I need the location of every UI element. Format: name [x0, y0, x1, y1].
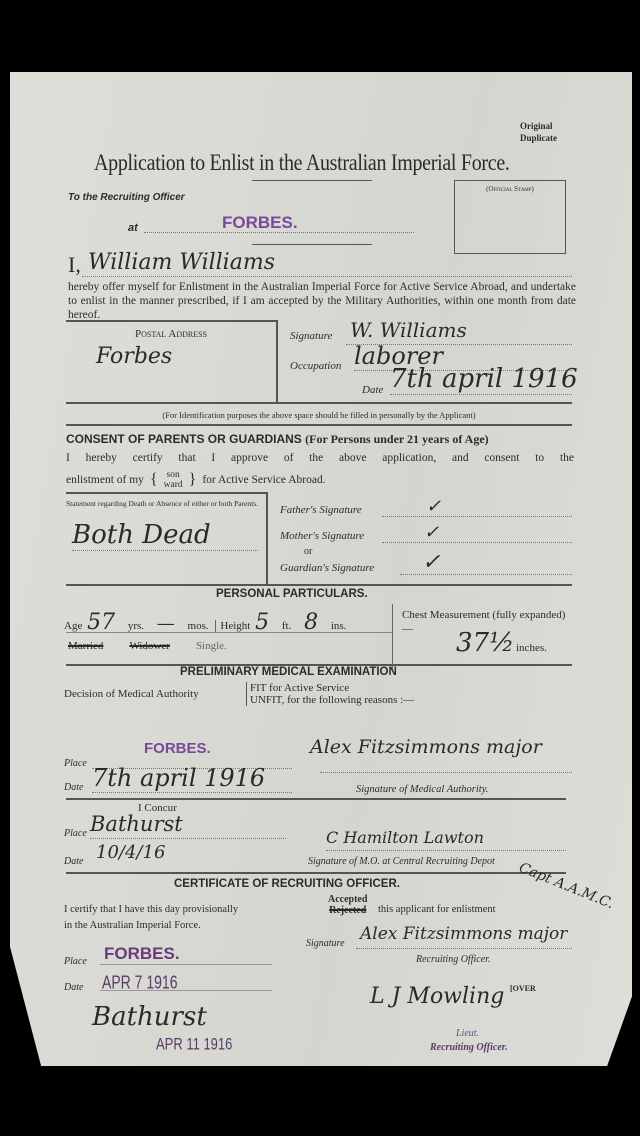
- marital-status-row: Married Widower Single.: [68, 640, 227, 652]
- recruiting-officer2-caption: Recruiting Officer.: [430, 1042, 508, 1053]
- identification-note: (For Identification purposes the above s…: [66, 410, 572, 420]
- consent-heading-text: CONSENT OF PARENTS OR GUARDIANS: [66, 432, 302, 446]
- medical-date-value: 7th april 1916: [92, 764, 265, 792]
- medical-date-line: [92, 792, 292, 793]
- consent-text-2: enlistment of my { son ward } for Active…: [66, 470, 326, 490]
- brace-right: }: [189, 471, 197, 489]
- occupation-label: Occupation: [290, 360, 341, 372]
- single-option: Single.: [196, 640, 227, 652]
- signature-label: Signature: [290, 330, 332, 342]
- medical-place-label: Place: [64, 758, 87, 769]
- postal-address-label: Postal Address: [66, 328, 276, 340]
- official-stamp-label: (Official Stamp): [455, 185, 565, 193]
- over-label: [OVER: [510, 984, 536, 993]
- mo-signature-caption: Signature of M.O. at Central Recruiting …: [308, 856, 495, 867]
- concur-date-value: 10/4/16: [96, 842, 165, 863]
- official-stamp-box: (Official Stamp): [454, 180, 566, 254]
- father-signature-label: Father's Signature: [280, 504, 362, 516]
- concur-place-label: Place: [64, 828, 87, 839]
- brace-left: {: [150, 471, 158, 489]
- guardian-signature-mark: ✓: [422, 550, 440, 575]
- certificate-top-rule: [66, 872, 566, 874]
- certificate-place2-handwritten: Bathurst: [92, 1002, 207, 1032]
- certificate-place-line: [100, 964, 272, 965]
- mo-signature-line: [326, 850, 566, 851]
- applicant-signature: W. Williams: [350, 318, 467, 342]
- ft-label: ft.: [282, 620, 291, 632]
- mo-signature: C Hamilton Lawton: [326, 828, 484, 847]
- concur-date-label: Date: [64, 856, 83, 867]
- date-line: [390, 394, 572, 395]
- i-label: I,: [68, 252, 81, 278]
- son-ward-options: son ward: [164, 470, 183, 490]
- lieut-label: Lieut.: [456, 1028, 479, 1039]
- original-mark: Original: [520, 120, 557, 132]
- date-label: Date: [362, 384, 383, 396]
- address-box-divider: [276, 322, 278, 402]
- inches-label: inches.: [516, 642, 547, 654]
- height-label: Height: [220, 620, 250, 632]
- enlistment-form: Original Duplicate Application to Enlist…: [10, 72, 632, 1066]
- fit-option: FIT for Active Service: [250, 682, 414, 694]
- decision-label: Decision of Medical Authority: [64, 688, 199, 700]
- unfit-option: UNFIT, for the following reasons :—: [250, 694, 414, 706]
- certificate-text-1-post: this applicant for enlistment: [378, 904, 496, 915]
- applicant-date: 7th april 1916: [390, 364, 578, 394]
- second-recruiting-signature: L J Mowling: [370, 984, 504, 1009]
- title-underline: [252, 180, 372, 181]
- accepted-rejected: Accepted Rejected: [328, 894, 367, 916]
- recruiting-signature-label: Signature: [306, 938, 345, 949]
- recruiting-signature-line: [356, 948, 572, 949]
- age-months-value: —: [157, 613, 175, 634]
- statement-label: Statement regarding Death or Absence of …: [66, 500, 262, 508]
- consent-text-1: I hereby certify that I approve of the a…: [66, 452, 574, 464]
- yrs-label: yrs.: [128, 620, 144, 632]
- ins-label: ins.: [331, 620, 347, 632]
- page-title: Application to Enlist in the Australian …: [94, 150, 510, 176]
- consent-top-rule: [66, 424, 572, 426]
- concur-top-rule: [66, 798, 566, 800]
- applicant-name: William Williams: [88, 250, 275, 275]
- age-label: Age: [64, 620, 82, 632]
- mother-signature-label: Mother's Signature: [280, 530, 364, 542]
- mo-rank-annotation: Capt A.A.M.C.: [517, 860, 616, 913]
- certificate-text-1: I certify that I have this day provision…: [64, 904, 238, 915]
- father-signature-line: [382, 516, 572, 517]
- duplicate-mark: Duplicate: [520, 132, 557, 144]
- at-label: at: [128, 222, 138, 234]
- father-signature-mark: ✓: [426, 496, 441, 517]
- statement-divider: [266, 492, 268, 584]
- fit-unfit-options: FIT for Active Service UNFIT, for the fo…: [246, 682, 414, 706]
- concur-place-value: Bathurst: [90, 812, 183, 836]
- ward-option: ward: [164, 480, 183, 490]
- statement-value: Both Dead: [72, 520, 211, 550]
- concur-place-line: [90, 838, 286, 839]
- at-value-stamp: FORBES.: [222, 213, 298, 233]
- mother-signature-mark: ✓: [424, 522, 439, 543]
- guardian-signature-label: Guardian's Signature: [280, 562, 374, 574]
- or-label: or: [304, 546, 312, 557]
- certificate-text-2: in the Australian Imperial Force.: [64, 920, 201, 931]
- consent-text-2-post: for Active Service Abroad.: [202, 474, 325, 486]
- copy-marks: Original Duplicate: [520, 120, 557, 144]
- medical-signature-caption: Signature of Medical Authority.: [356, 784, 488, 795]
- recruiting-officer-signature: Alex Fitzsimmons major: [360, 924, 567, 944]
- to-recruiting-officer-label: To the Recruiting Officer: [68, 192, 185, 203]
- consent-heading-note: (For Persons under 21 years of Age): [305, 432, 489, 446]
- certificate-date-line: [100, 990, 272, 991]
- medical-date-label: Date: [64, 782, 83, 793]
- certificate-date-label: Date: [64, 982, 83, 993]
- certificate-heading: CERTIFICATE OF RECRUITING OFFICER.: [174, 878, 400, 890]
- medical-authority-signature: Alex Fitzsimmons major: [310, 736, 542, 758]
- widower-option: Widower: [129, 640, 170, 652]
- medical-signature-line: [320, 772, 572, 773]
- son-option: son: [164, 470, 183, 480]
- medical-heading: PRELIMINARY MEDICAL EXAMINATION: [180, 666, 397, 678]
- certificate-place-label: Place: [64, 956, 87, 967]
- personal-top-rule: [66, 584, 572, 586]
- address-top-rule: [66, 320, 278, 322]
- consent-text-2-pre: enlistment of my: [66, 474, 144, 486]
- divider: [252, 244, 372, 245]
- chest-value: 37½: [456, 628, 514, 658]
- name-line: [82, 276, 572, 277]
- statement-top-rule: [66, 492, 266, 494]
- married-option: Married: [68, 640, 103, 652]
- medical-place-stamp: FORBES.: [144, 740, 211, 757]
- certificate-date2-stamp: APR 11 1916: [156, 1034, 232, 1054]
- mos-label: mos.: [188, 620, 209, 632]
- chest-divider: [392, 604, 393, 670]
- applicant-bottom-rule: [66, 402, 572, 404]
- accepted-option: Accepted: [328, 894, 367, 905]
- particulars-mid-rule: [66, 632, 392, 633]
- recruiting-officer-caption: Recruiting Officer.: [416, 954, 490, 965]
- certificate-text-1-pre: I certify that I have this day provision…: [64, 904, 238, 915]
- certificate-place-stamp: FORBES.: [104, 944, 180, 964]
- rejected-option: Rejected: [328, 905, 367, 916]
- statement-line: [72, 550, 258, 551]
- mother-signature-line: [382, 542, 572, 543]
- consent-heading: CONSENT OF PARENTS OR GUARDIANS (For Per…: [66, 432, 489, 447]
- postal-address-value: Forbes: [96, 344, 172, 369]
- personal-heading: PERSONAL PARTICULARS.: [216, 588, 368, 600]
- offer-text: hereby offer myself for Enlistment in th…: [68, 280, 576, 322]
